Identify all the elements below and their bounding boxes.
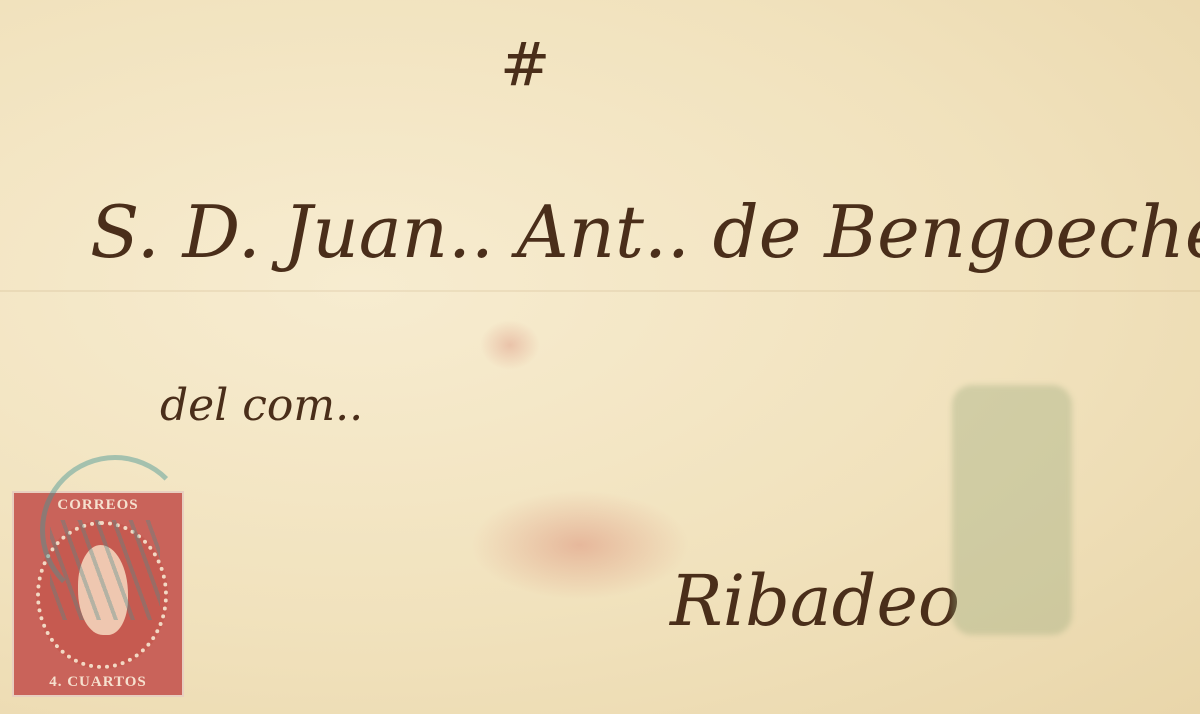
address-line-2: del com.. xyxy=(160,380,363,431)
stamp-value-text: 4. CUARTOS xyxy=(14,674,182,691)
red-ink-mark-small xyxy=(480,320,540,370)
blue-cancel-bars xyxy=(50,520,160,620)
red-ink-mark xyxy=(470,490,690,600)
green-postmark xyxy=(952,385,1072,635)
envelope: # S. D. Juan.. Ant.. de Bengoechea del c… xyxy=(0,0,1200,714)
address-line-1: S. D. Juan.. Ant.. de Bengoechea xyxy=(90,190,1200,274)
destination: Ribadeo xyxy=(670,560,960,642)
handwritten-mark: # xyxy=(500,30,550,100)
fold-line xyxy=(0,290,1200,292)
